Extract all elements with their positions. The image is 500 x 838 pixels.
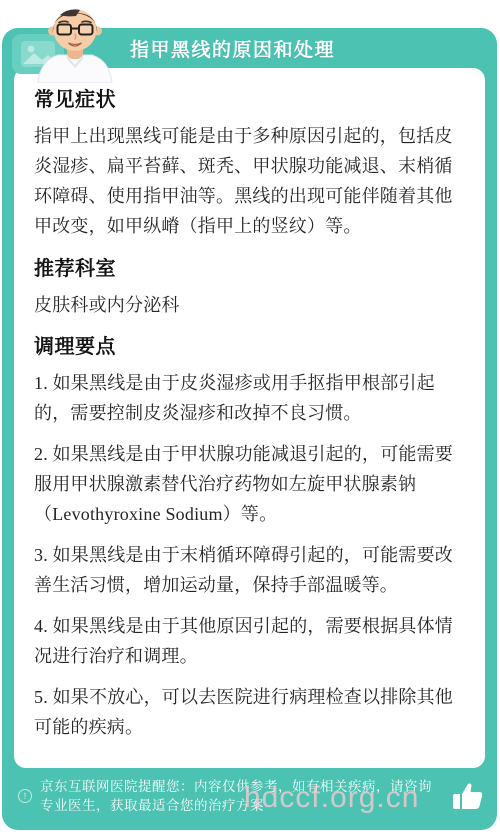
card-header: 指甲黑线的原因和处理: [2, 28, 497, 68]
symptoms-paragraph: 指甲上出现黑线可能是由于多种原因引起的，包括皮炎湿疹、扁平苔藓、斑秃、甲状腺功能…: [34, 121, 465, 241]
teal-card-frame: 指甲黑线的原因和处理: [2, 28, 497, 830]
disclaimer-text: 京东互联网医院提醒您：内容仅供参考，如有相关疾病，请咨询专业医生，获取最适合您的…: [40, 777, 432, 815]
department-paragraph: 皮肤科或内分泌科: [34, 290, 465, 320]
page-title: 指甲黑线的原因和处理: [130, 35, 335, 62]
health-card-page: 指甲黑线的原因和处理: [0, 0, 500, 838]
doctor-avatar: [30, 1, 120, 83]
tip-item-3: 3. 如果黑线是由于末梢循环障碍引起的，可能需要改善生活习惯，增加运动量，保持手…: [34, 540, 465, 600]
thumbs-up-icon[interactable]: [451, 780, 485, 812]
tip-item-1: 1. 如果黑线是由于皮炎湿疹或用手抠指甲根部引起的，需要控制皮炎湿疹和改掉不良习…: [34, 368, 465, 428]
tip-item-5: 5. 如果不放心，可以去医院进行病理检查以排除其他可能的疾病。: [34, 682, 465, 742]
section-heading-department: 推荐科室: [34, 252, 465, 281]
article-card: 常见症状 指甲上出现黑线可能是由于多种原因引起的，包括皮炎湿疹、扁平苔藓、斑秃、…: [14, 68, 485, 768]
disclaimer-footer: ! 京东互联网医院提醒您：内容仅供参考，如有相关疾病，请咨询专业医生，获取最适合…: [2, 768, 497, 830]
doctor-avatar-illustration: [30, 1, 120, 83]
info-icon: !: [18, 789, 32, 803]
tip-item-2: 2. 如果黑线是由于甲状腺功能减退引起的，可能需要服用甲状腺激素替代治疗药物如左…: [34, 439, 465, 529]
section-heading-symptoms: 常见症状: [34, 83, 465, 112]
tip-item-4: 4. 如果黑线是由于其他原因引起的，需要根据具体情况进行治疗和调理。: [34, 611, 465, 671]
section-heading-tips: 调理要点: [34, 330, 465, 359]
